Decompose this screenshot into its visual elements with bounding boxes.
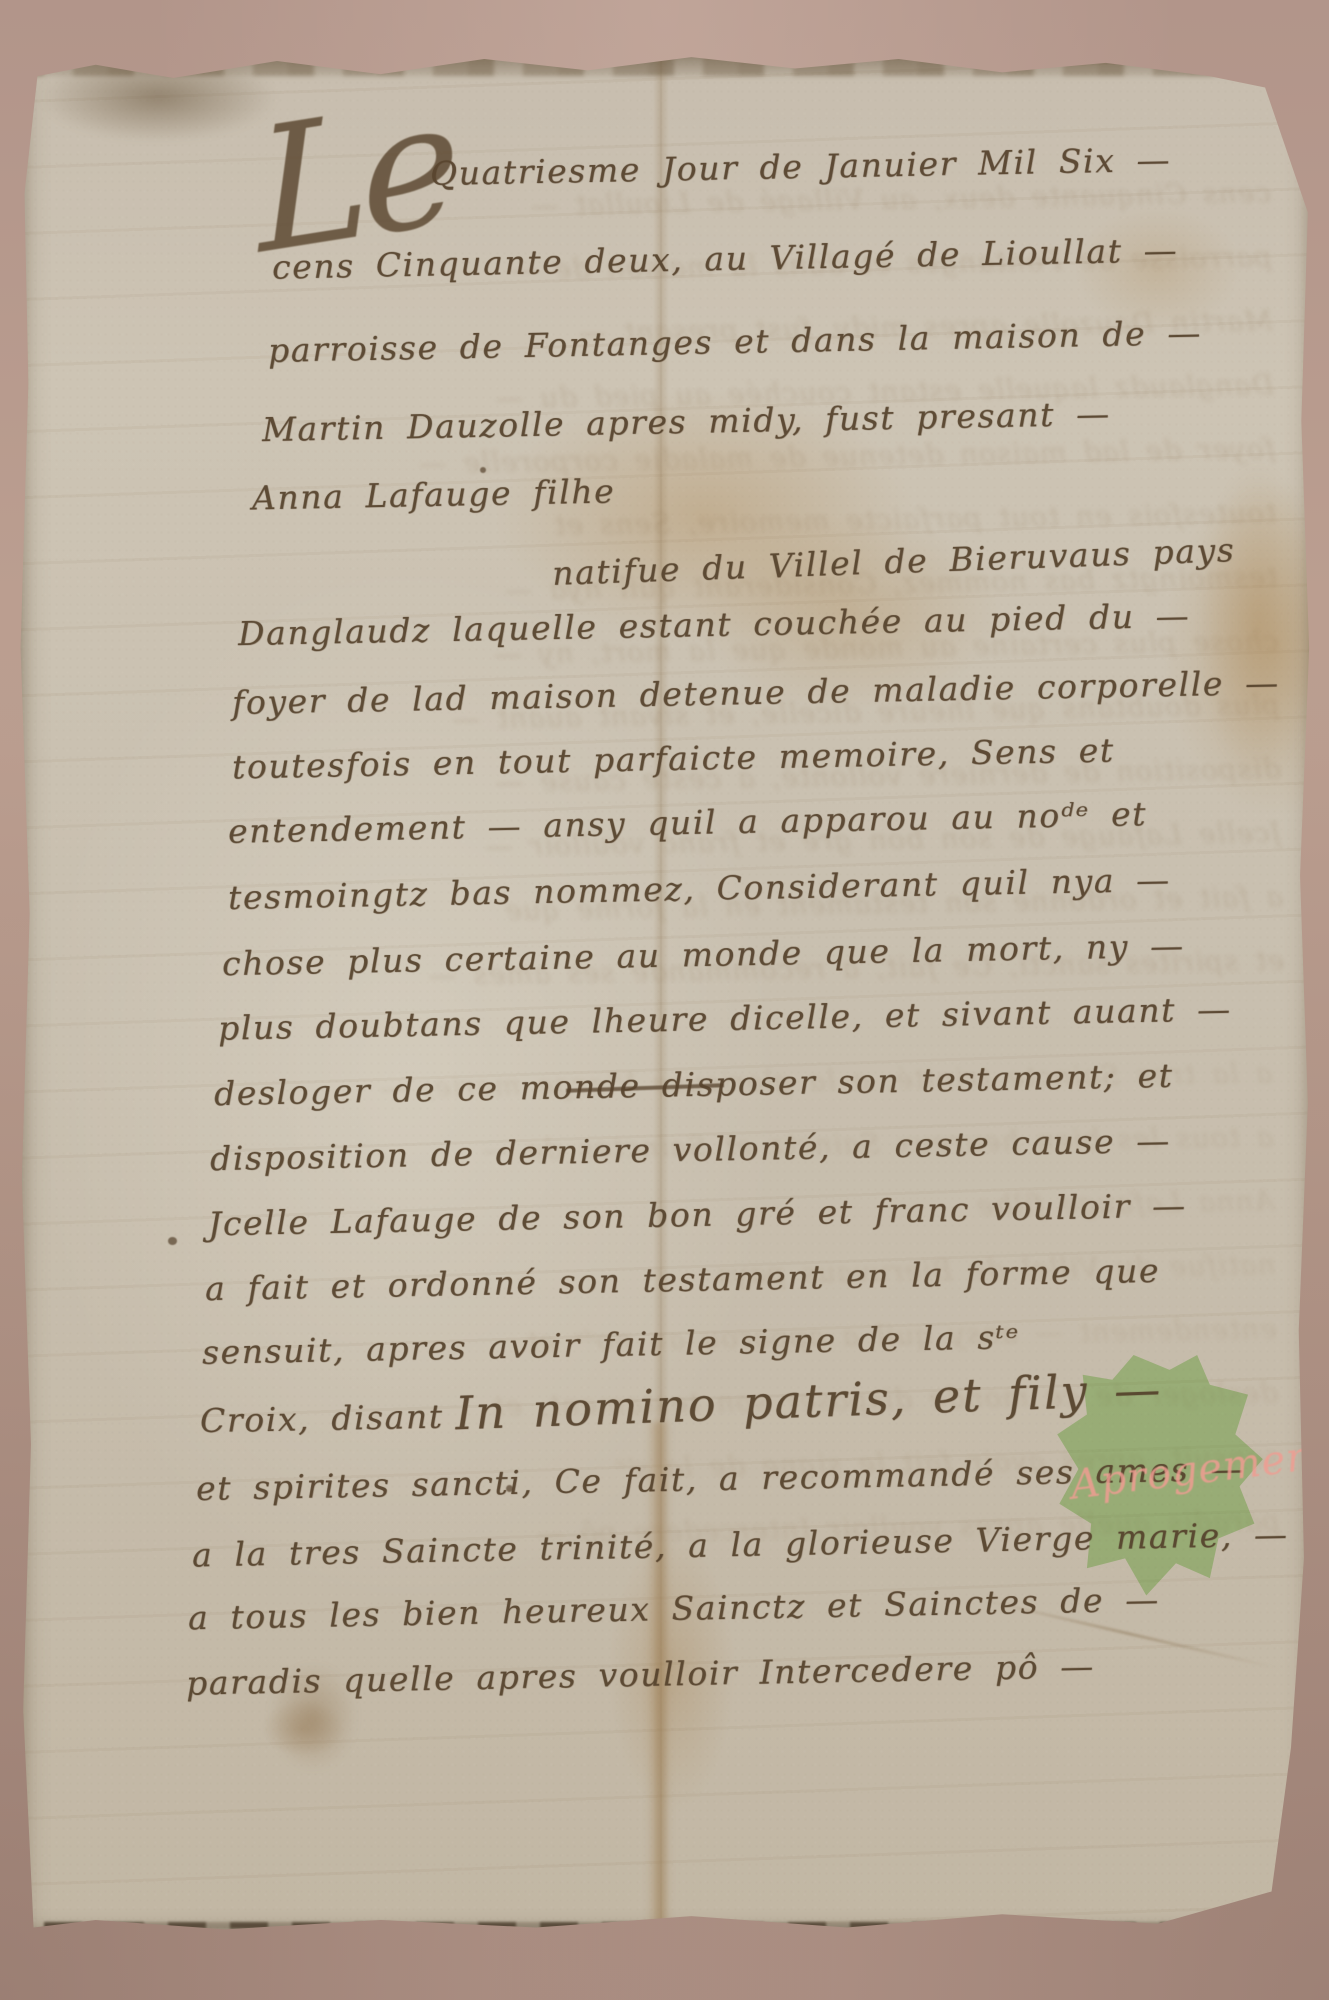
manuscript-line: paradis quelle apres voulloir Interceder… [186,1649,1095,1699]
manuscript-line: Anna Lafauge filhe [252,475,616,515]
manuscript-line: chose plus certaine au monde que la mort… [222,929,1185,980]
manuscript-line: sensuit, apres avoir fait le signe de la… [202,1320,1020,1369]
document-scan: cens Cinquante deux, au Villagé de Lioul… [0,0,1329,2000]
ink-dot [506,1485,513,1492]
manuscript-line: tesmoingtz bas nommez, Considerant quil … [228,863,1171,914]
manuscript-line: disposition de derniere vollonté, a cest… [210,1124,1171,1175]
manuscript-page: cens Cinquante deux, au Villagé de Lioul… [18,42,1313,1937]
manuscript-line: natifue du Villel de Bieruvaus pays [552,533,1236,590]
manuscript-line: entendement — ansy quil a apparou au noᵈ… [228,797,1148,848]
manuscript-line: parroisse de Fontanges et dans la maison… [268,316,1202,367]
ink-dot [480,467,486,473]
manuscript-line: Croix, disant [200,1400,444,1438]
manuscript-line: toutesfois en tout parfaicte memoire, Se… [232,734,1115,784]
opening-flourish: Le [253,86,456,271]
ink-dot [168,1237,177,1245]
manuscript-line: plus doubtans que lheure dicelle, et siv… [218,992,1232,1044]
manuscript-text: Le Quatriesme Jour de Januier Mil Six — … [18,42,1313,1937]
manuscript-line: a la tres Saincte trinité, a la glorieus… [192,1517,1289,1571]
manuscript-line: Jcelle Lafauge de son bon gré et franc v… [208,1189,1187,1241]
manuscript-line: Martin Dauzolle apres midy, fust presant… [262,397,1111,446]
manuscript-line: Danglaudz laquelle estant couchée au pie… [238,599,1191,650]
manuscript-line: Quatriesme Jour de Januier Mil Six — [430,143,1172,190]
manuscript-line: a fait et ordonné son testament en la fo… [205,1254,1161,1305]
manuscript-line: foyer de lad maison detenue de maladie c… [232,666,1280,719]
manuscript-line: a tous les bien heureux Sainctz et Sainc… [188,1583,1160,1635]
manuscript-line-latin: In nomino patris, et fily — [454,1366,1162,1437]
